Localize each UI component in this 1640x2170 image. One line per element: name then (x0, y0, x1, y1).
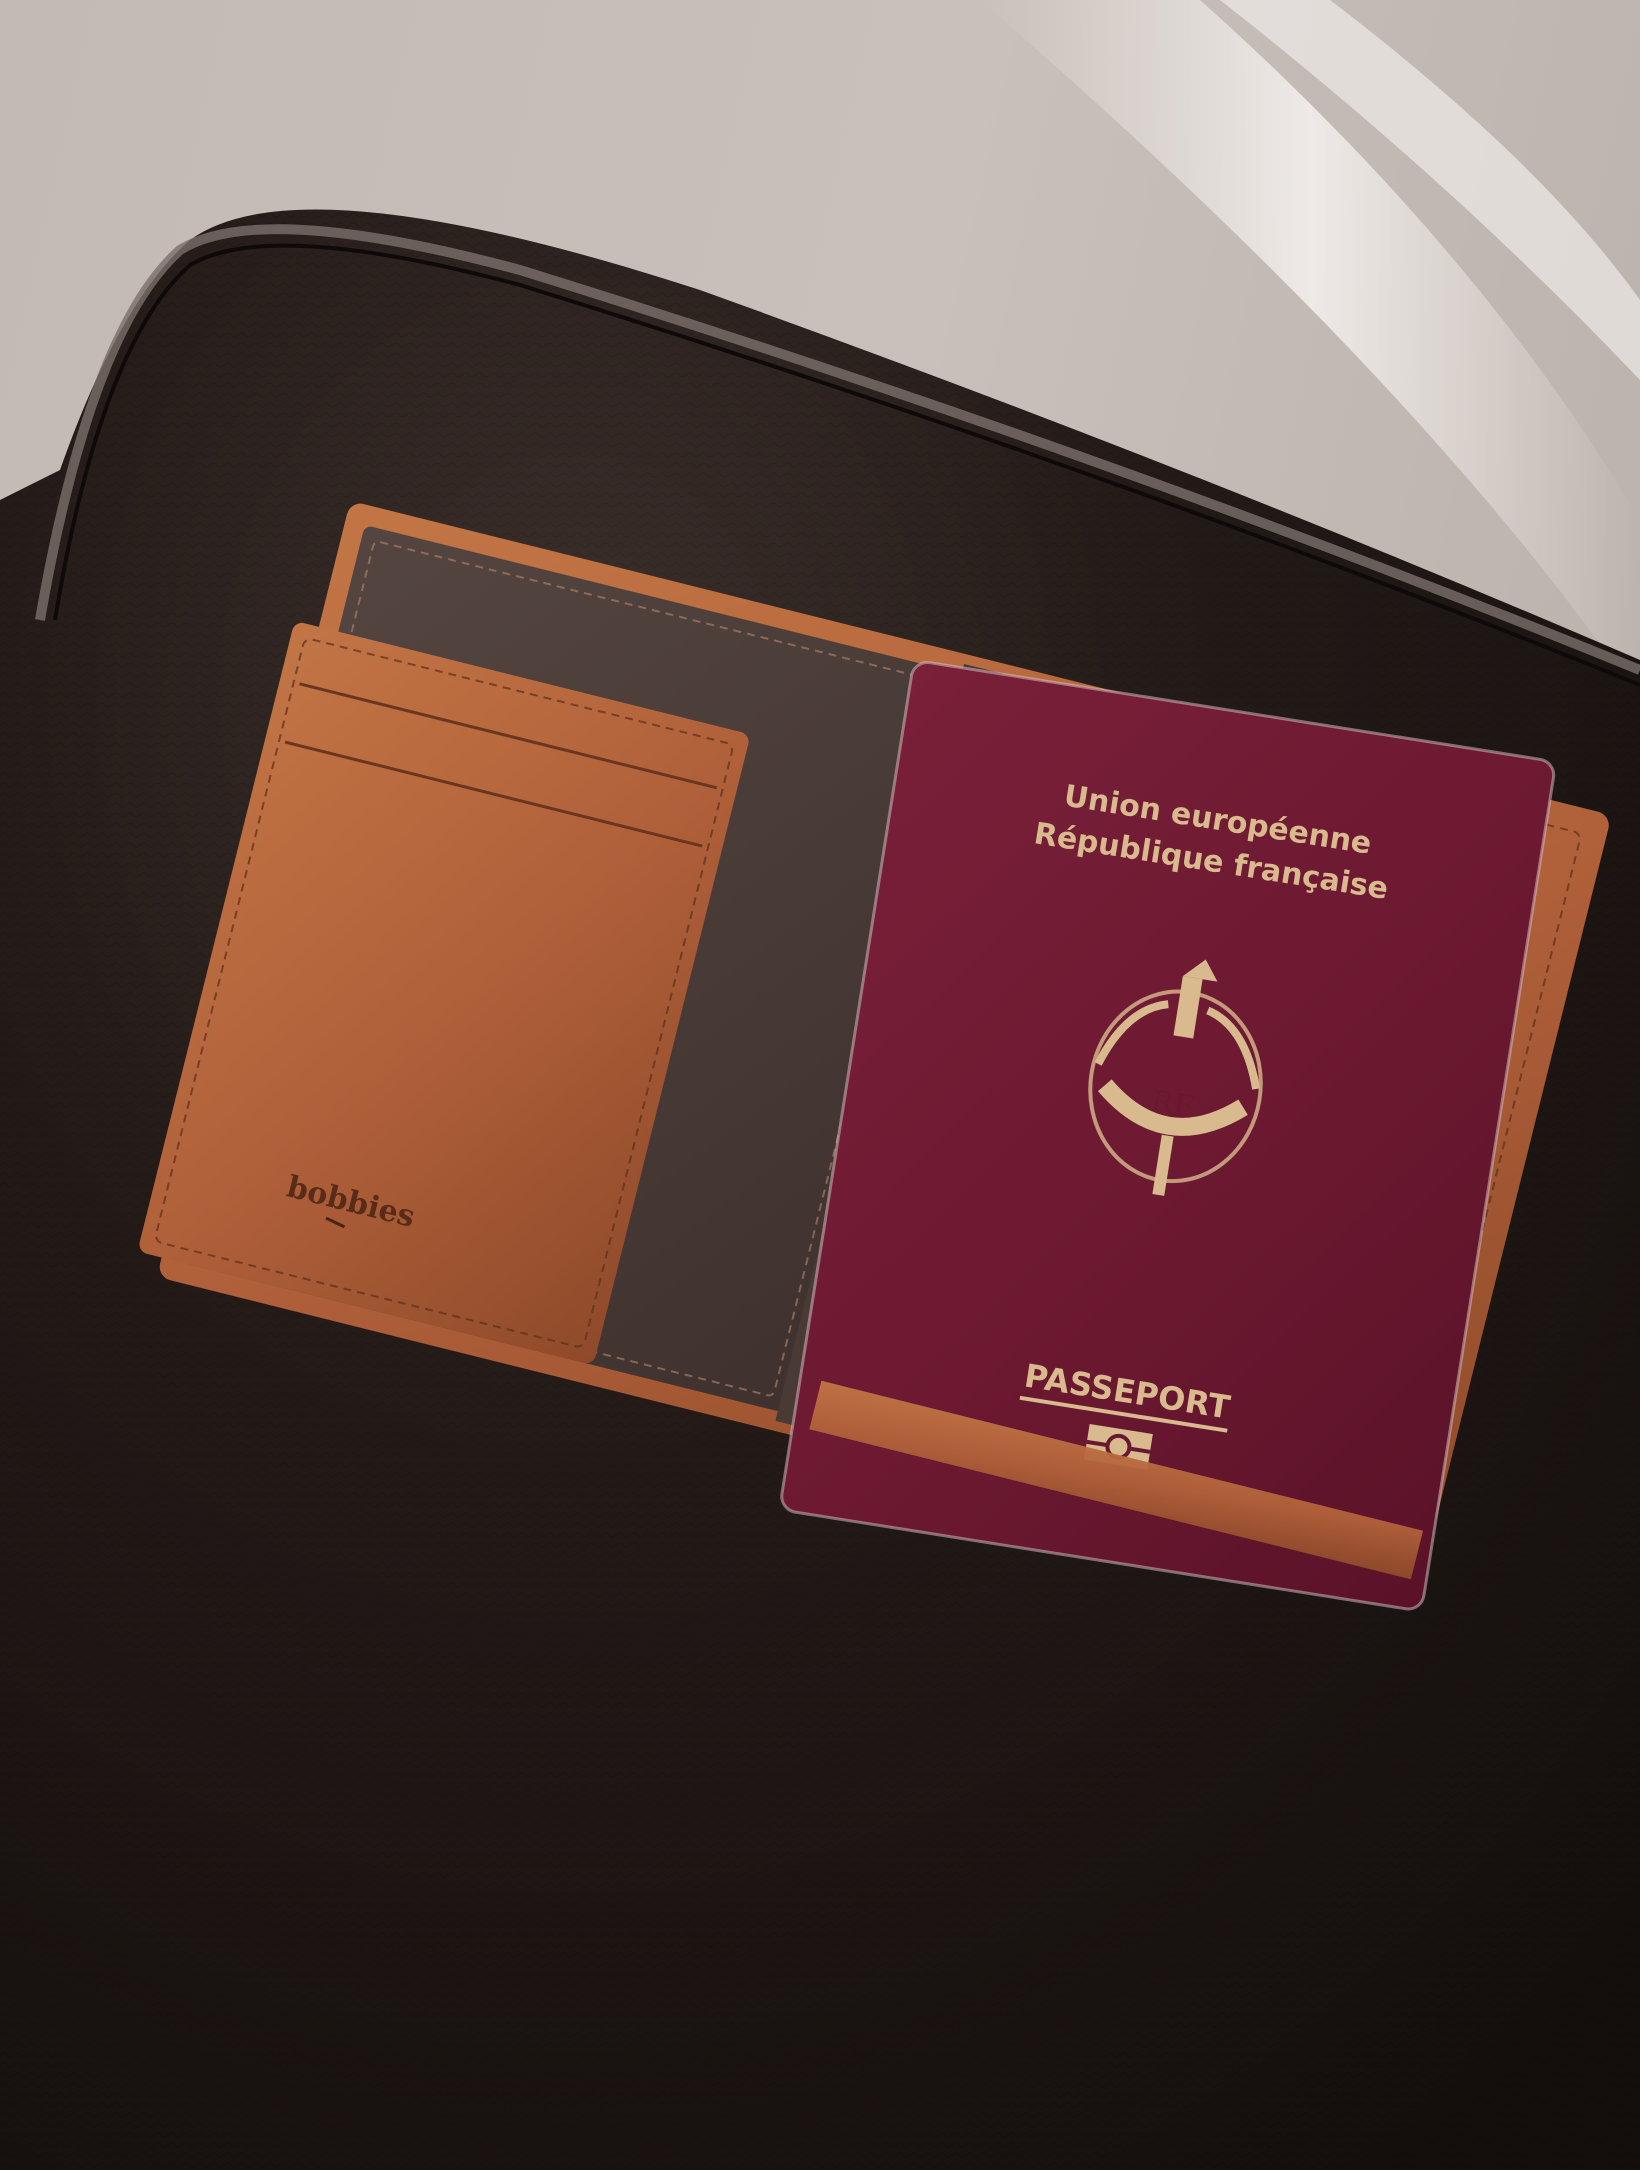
emblem-monogram: RF (1148, 1084, 1196, 1125)
photo-scene: bobbies Union européenne République fran… (0, 0, 1640, 2170)
